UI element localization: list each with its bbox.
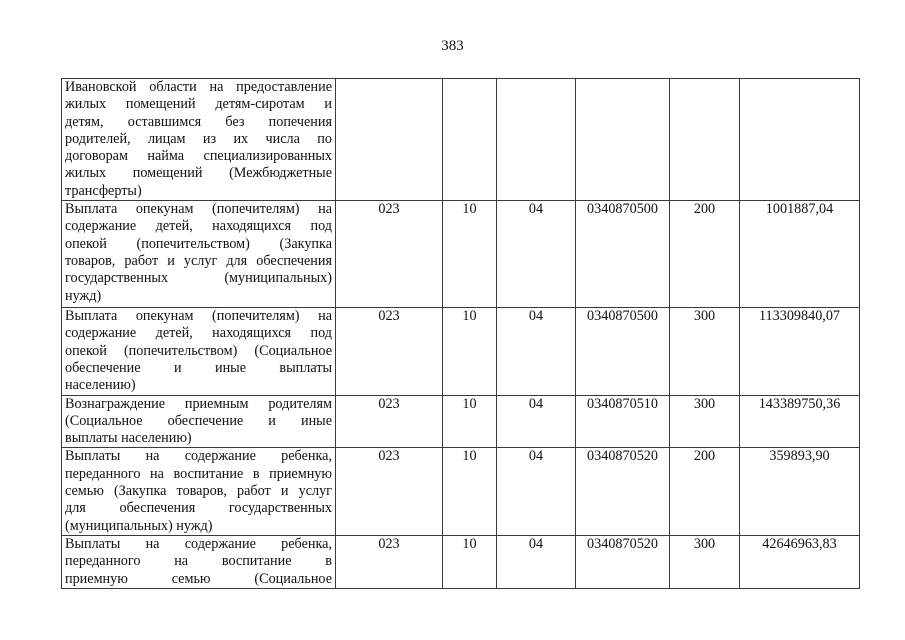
description-line: выплаты населению) bbox=[65, 430, 332, 447]
amount-cell: 113309840,07 bbox=[740, 308, 860, 395]
description-line: нужд) bbox=[65, 288, 332, 305]
expense-type-cell: 200 bbox=[670, 448, 740, 535]
section-cell: 10 bbox=[443, 308, 497, 395]
description-line: детям, оставшимся без попечения bbox=[65, 114, 332, 131]
target-article-cell: 0340870500 bbox=[576, 201, 670, 308]
description-cell: Вознаграждение приемным родителям(Социал… bbox=[62, 395, 336, 448]
admin-code-cell: 023 bbox=[336, 535, 443, 588]
description-line: (муниципальных) нужд) bbox=[65, 518, 332, 535]
description-line: товаров, работ и услуг для обеспечения bbox=[65, 253, 332, 270]
description-line: содержание детей, находящихся под bbox=[65, 218, 332, 235]
admin-code-cell: 023 bbox=[336, 308, 443, 395]
target-article-cell: 0340870520 bbox=[576, 535, 670, 588]
description-line: жилых помещений детям-сиротам и bbox=[65, 96, 332, 113]
expense-type-cell: 200 bbox=[670, 201, 740, 308]
table-row: Выплаты на содержание ребенка,переданног… bbox=[62, 535, 860, 588]
section-cell bbox=[443, 79, 497, 201]
expense-type-cell bbox=[670, 79, 740, 201]
description-cell: Выплата опекунам (попечителям) насодержа… bbox=[62, 201, 336, 308]
subsection-cell: 04 bbox=[497, 201, 576, 308]
expense-type-cell: 300 bbox=[670, 308, 740, 395]
admin-code-cell: 023 bbox=[336, 201, 443, 308]
description-line: содержание детей, находящихся под bbox=[65, 325, 332, 342]
table-row: Вознаграждение приемным родителям(Социал… bbox=[62, 395, 860, 448]
section-cell: 10 bbox=[443, 201, 497, 308]
description-line: Ивановской области на предоставление bbox=[65, 79, 332, 96]
budget-table-body: Ивановской области на предоставлениежилы… bbox=[62, 79, 860, 589]
description-line: Выплата опекунам (попечителям) на bbox=[65, 308, 332, 325]
description-line: Выплаты на содержание ребенка, bbox=[65, 536, 332, 553]
amount-cell: 42646963,83 bbox=[740, 535, 860, 588]
description-cell: Выплата опекунам (попечителям) насодержа… bbox=[62, 308, 336, 395]
subsection-cell: 04 bbox=[497, 308, 576, 395]
section-cell: 10 bbox=[443, 535, 497, 588]
budget-table: Ивановской области на предоставлениежилы… bbox=[61, 78, 860, 589]
section-cell: 10 bbox=[443, 395, 497, 448]
description-line: обеспечение и иные выплаты bbox=[65, 360, 332, 377]
amount-cell: 143389750,36 bbox=[740, 395, 860, 448]
target-article-cell: 0340870500 bbox=[576, 308, 670, 395]
description-line: Вознаграждение приемным родителям bbox=[65, 396, 332, 413]
amount-cell: 1001887,04 bbox=[740, 201, 860, 308]
target-article-cell bbox=[576, 79, 670, 201]
description-line: переданного на воспитание в bbox=[65, 553, 332, 570]
description-cell: Выплаты на содержание ребенка,переданног… bbox=[62, 535, 336, 588]
table-row: Выплата опекунам (попечителям) насодержа… bbox=[62, 201, 860, 308]
admin-code-cell bbox=[336, 79, 443, 201]
expense-type-cell: 300 bbox=[670, 535, 740, 588]
description-line: опекой (попечительством) (Социальное bbox=[65, 343, 332, 360]
description-line: жилых помещений (Межбюджетные bbox=[65, 165, 332, 182]
description-line: для обеспечения государственных bbox=[65, 500, 332, 517]
table-row: Выплаты на содержание ребенка,переданног… bbox=[62, 448, 860, 535]
description-line: семью (Закупка товаров, работ и услуг bbox=[65, 483, 332, 500]
amount-cell bbox=[740, 79, 860, 201]
admin-code-cell: 023 bbox=[336, 448, 443, 535]
subsection-cell: 04 bbox=[497, 395, 576, 448]
target-article-cell: 0340870520 bbox=[576, 448, 670, 535]
description-line: населению) bbox=[65, 377, 332, 394]
description-line: (Социальное обеспечение и иные bbox=[65, 413, 332, 430]
amount-cell: 359893,90 bbox=[740, 448, 860, 535]
description-line: Выплаты на содержание ребенка, bbox=[65, 448, 332, 465]
description-line: трансферты) bbox=[65, 183, 332, 200]
section-cell: 10 bbox=[443, 448, 497, 535]
description-line: приемную семью (Социальное bbox=[65, 571, 332, 588]
description-line: родителей, лицам из их числа по bbox=[65, 131, 332, 148]
description-line: договорам найма специализированных bbox=[65, 148, 332, 165]
description-cell: Выплаты на содержание ребенка,переданног… bbox=[62, 448, 336, 535]
target-article-cell: 0340870510 bbox=[576, 395, 670, 448]
description-line: переданного на воспитание в приемную bbox=[65, 466, 332, 483]
description-line: государственных (муниципальных) bbox=[65, 270, 332, 287]
description-line: опекой (попечительством) (Закупка bbox=[65, 236, 332, 253]
subsection-cell bbox=[497, 79, 576, 201]
description-line: Выплата опекунам (попечителям) на bbox=[65, 201, 332, 218]
table-row: Выплата опекунам (попечителям) насодержа… bbox=[62, 308, 860, 395]
table-row: Ивановской области на предоставлениежилы… bbox=[62, 79, 860, 201]
page-number: 383 bbox=[0, 37, 905, 55]
subsection-cell: 04 bbox=[497, 535, 576, 588]
expense-type-cell: 300 bbox=[670, 395, 740, 448]
description-cell: Ивановской области на предоставлениежилы… bbox=[62, 79, 336, 201]
subsection-cell: 04 bbox=[497, 448, 576, 535]
admin-code-cell: 023 bbox=[336, 395, 443, 448]
